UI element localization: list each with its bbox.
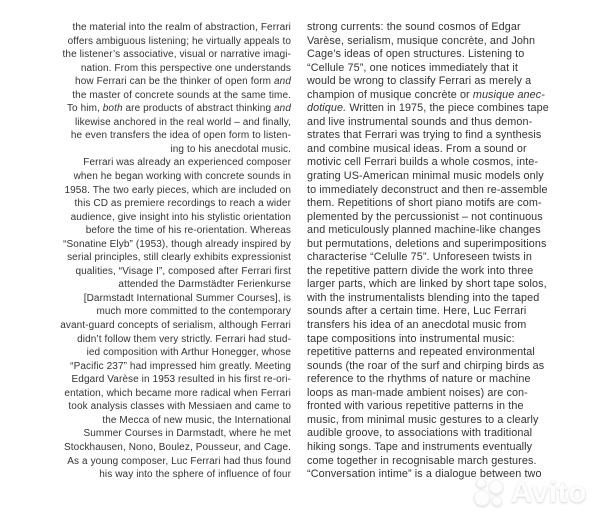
text-line: the listener’s associative, visual or na… xyxy=(28,48,291,62)
text-line: “Sonatine Elyb” (1953), though already i… xyxy=(28,238,291,252)
text-line: avant-guard concepts of serialism, altho… xyxy=(28,319,291,333)
text-line: when he began working with concrete soun… xyxy=(28,170,291,184)
text-line: strates that Ferrari was trying to find … xyxy=(307,129,583,143)
text-line: Cage’s ideas of open structures. Listeni… xyxy=(307,48,583,62)
text-line: nation. From this perspective one unders… xyxy=(28,62,291,76)
text-line: but permutations, deletions and superimp… xyxy=(307,238,583,252)
text-line: characterise “Celulle 75”. Unforeseen tw… xyxy=(307,251,583,265)
text-line: would be wrong to classify Ferrari as me… xyxy=(307,75,583,89)
text-line: to immediately deconstruct and then re-a… xyxy=(307,184,583,198)
avito-logo-icon xyxy=(474,477,508,509)
text-line: the material into the realm of abstracti… xyxy=(28,21,291,35)
text-line: and combine musical ideas. From a sound … xyxy=(307,143,583,157)
text-line: the Mecca of new music, the Internationa… xyxy=(28,414,291,428)
text-line: tape compositions into instrumental musi… xyxy=(307,333,583,347)
text-line: “Cellule 75”, one notices immediately th… xyxy=(307,62,583,76)
booklet-page: the material into the realm of abstracti… xyxy=(0,0,600,519)
text-line: [Darmstadt International Summer Courses]… xyxy=(28,292,291,306)
avito-logo-dot xyxy=(489,480,503,494)
right-column: strong currents: the sound cosmos of Edg… xyxy=(307,21,583,482)
text-line: them. Repetitions of short piano motifs … xyxy=(307,197,583,211)
text-line: Varèse, serialism, musique concrète, and… xyxy=(307,35,583,49)
text-line: “Conversation intime” is a dialogue betw… xyxy=(307,468,583,482)
text-line: Stockhausen, Nono, Boulez, Pousseur, and… xyxy=(28,441,291,455)
text-line: ing to his anecdotal music. xyxy=(28,143,291,157)
text-line: sounds after a certain time. Here, Luc F… xyxy=(307,305,583,319)
text-line: dotique. Written in 1975, the piece comb… xyxy=(307,102,583,116)
text-line: “Pacific 237” had impressed him greatly.… xyxy=(28,360,291,374)
text-line: sounds (the roar of the surf and chirpin… xyxy=(307,360,583,374)
text-line: likewise anchored in the real world – an… xyxy=(28,116,291,130)
text-line: fronted with various repetitive patterns… xyxy=(307,400,583,414)
text-line: the repetitive pattern divide the work i… xyxy=(307,265,583,279)
text-line: strong currents: the sound cosmos of Edg… xyxy=(307,21,583,35)
avito-logo-dot xyxy=(492,496,502,506)
text-line: grating US-American minimal music models… xyxy=(307,170,583,184)
text-line: plemented by the percussionist – not con… xyxy=(307,211,583,225)
text-line: much more committed to the contemporary xyxy=(28,305,291,319)
text-line: repetitive patterns and repeated environ… xyxy=(307,346,583,360)
text-line: Edgard Varèse in 1953 resulted in his fi… xyxy=(28,373,291,387)
text-line: ied composition with Arthur Honegger, wh… xyxy=(28,346,291,360)
text-line: audible groove, to associations with tra… xyxy=(307,427,583,441)
text-line: took analysis classes with Messiaen and … xyxy=(28,400,291,414)
text-line: entation, which became more radical when… xyxy=(28,387,291,401)
text-line: audience, give insight into his stylisti… xyxy=(28,211,291,225)
text-line: motivic cell Ferrari builds a whole cosm… xyxy=(307,156,583,170)
text-line: larger parts, which are linked by short … xyxy=(307,278,583,292)
text-line: his way into the sphere of influence of … xyxy=(28,468,291,482)
text-line: attended the Darmstädter Ferienkurse xyxy=(28,278,291,292)
text-line: how Ferrari can be the thinker of open f… xyxy=(28,75,291,89)
text-line: this CD as premiere recordings to reach … xyxy=(28,197,291,211)
text-line: To him, both are products of abstract th… xyxy=(28,102,291,116)
text-line: qualities, “Visage I”, composed after Fe… xyxy=(28,265,291,279)
text-line: As a young composer, Luc Ferrari had thu… xyxy=(28,455,291,469)
text-line: with the instrumentalists blending into … xyxy=(307,292,583,306)
text-line: didn’t follow them very strictly. Ferrar… xyxy=(28,333,291,347)
text-line: loops as man-made ambient noises) are co… xyxy=(307,387,583,401)
text-line: champion of musique concrète or musique … xyxy=(307,89,583,103)
text-line: and meticulously planned machine-like ch… xyxy=(307,224,583,238)
text-line: Summer Courses in Darmstadt, where he me… xyxy=(28,427,291,441)
text-line: before the time of his re-orientation. W… xyxy=(28,224,291,238)
text-line: 1958. The two early pieces, which are in… xyxy=(28,184,291,198)
text-line: he even transfers the idea of open form … xyxy=(28,129,291,143)
text-line: transfers his idea of an anecdotal music… xyxy=(307,319,583,333)
text-line: serial principles, still clearly exhibit… xyxy=(28,251,291,265)
text-line: the master of concrete sounds at the sam… xyxy=(28,89,291,103)
text-line: hiking songs. Tape and instruments event… xyxy=(307,441,583,455)
text-line: offers ambiguous listening; he virtually… xyxy=(28,35,291,49)
text-line: come together in recognisable march gest… xyxy=(307,455,583,469)
text-line: reference to the rhythms of nature or ma… xyxy=(307,373,583,387)
left-column: the material into the realm of abstracti… xyxy=(28,21,291,482)
text-line: and live instrumental sounds and thus de… xyxy=(307,116,583,130)
text-line: music, from minimal music gestures to a … xyxy=(307,414,583,428)
avito-logo-dot xyxy=(474,490,490,506)
text-line: Ferrari was already an experienced compo… xyxy=(28,156,291,170)
